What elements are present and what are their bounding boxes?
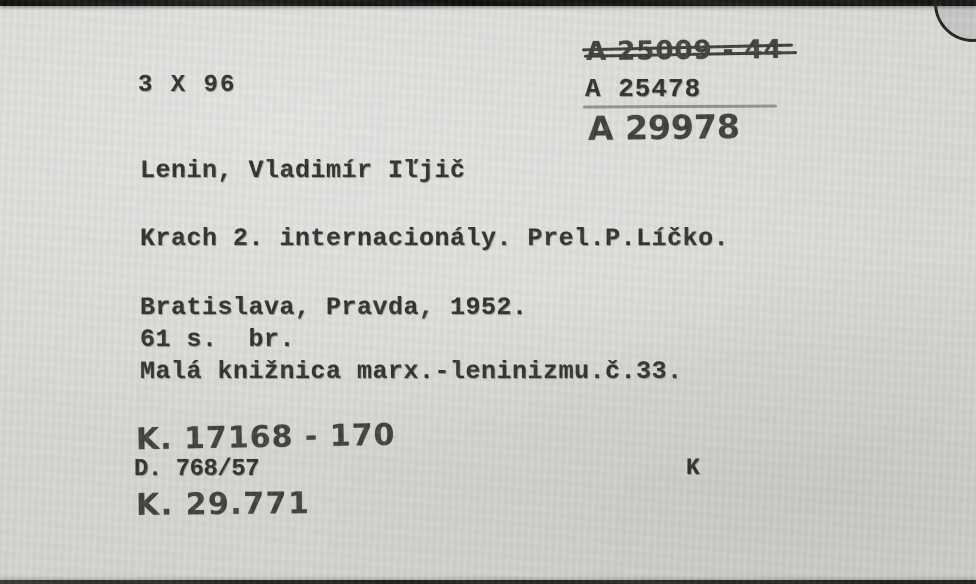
collation: 61 s. br. bbox=[140, 325, 295, 354]
inventory-number-2: D. 768/57 bbox=[134, 456, 259, 483]
letter-mark: K bbox=[686, 455, 700, 481]
accession-number-typed: A 25478 bbox=[585, 74, 701, 104]
accession-number-handwritten: A 29978 bbox=[588, 107, 740, 148]
series-statement: Malá knižnica marx.-leninizmu.č.33. bbox=[140, 357, 683, 386]
imprint: Bratislava, Pravda, 1952. bbox=[140, 293, 528, 322]
scan-top-edge bbox=[0, 0, 976, 6]
author-heading: Lenin, Vladimír Iľjič bbox=[140, 156, 466, 185]
title-statement: Krach 2. internacionály. Prel.P.Líčko. bbox=[140, 224, 729, 253]
card-corner-curl bbox=[934, 0, 976, 42]
inventory-number-3: K. 29.771 bbox=[136, 486, 311, 523]
inventory-number-1: K. 17168 - 170 bbox=[136, 418, 396, 458]
scan-bottom-edge bbox=[0, 580, 976, 584]
shelf-mark: 3 X 96 bbox=[138, 72, 236, 99]
accession-number-crossed-out: A 25009 - 44 bbox=[586, 35, 783, 67]
catalog-card: 3 X 96 A 25009 - 44 A 25478 A 29978 Leni… bbox=[0, 0, 976, 584]
